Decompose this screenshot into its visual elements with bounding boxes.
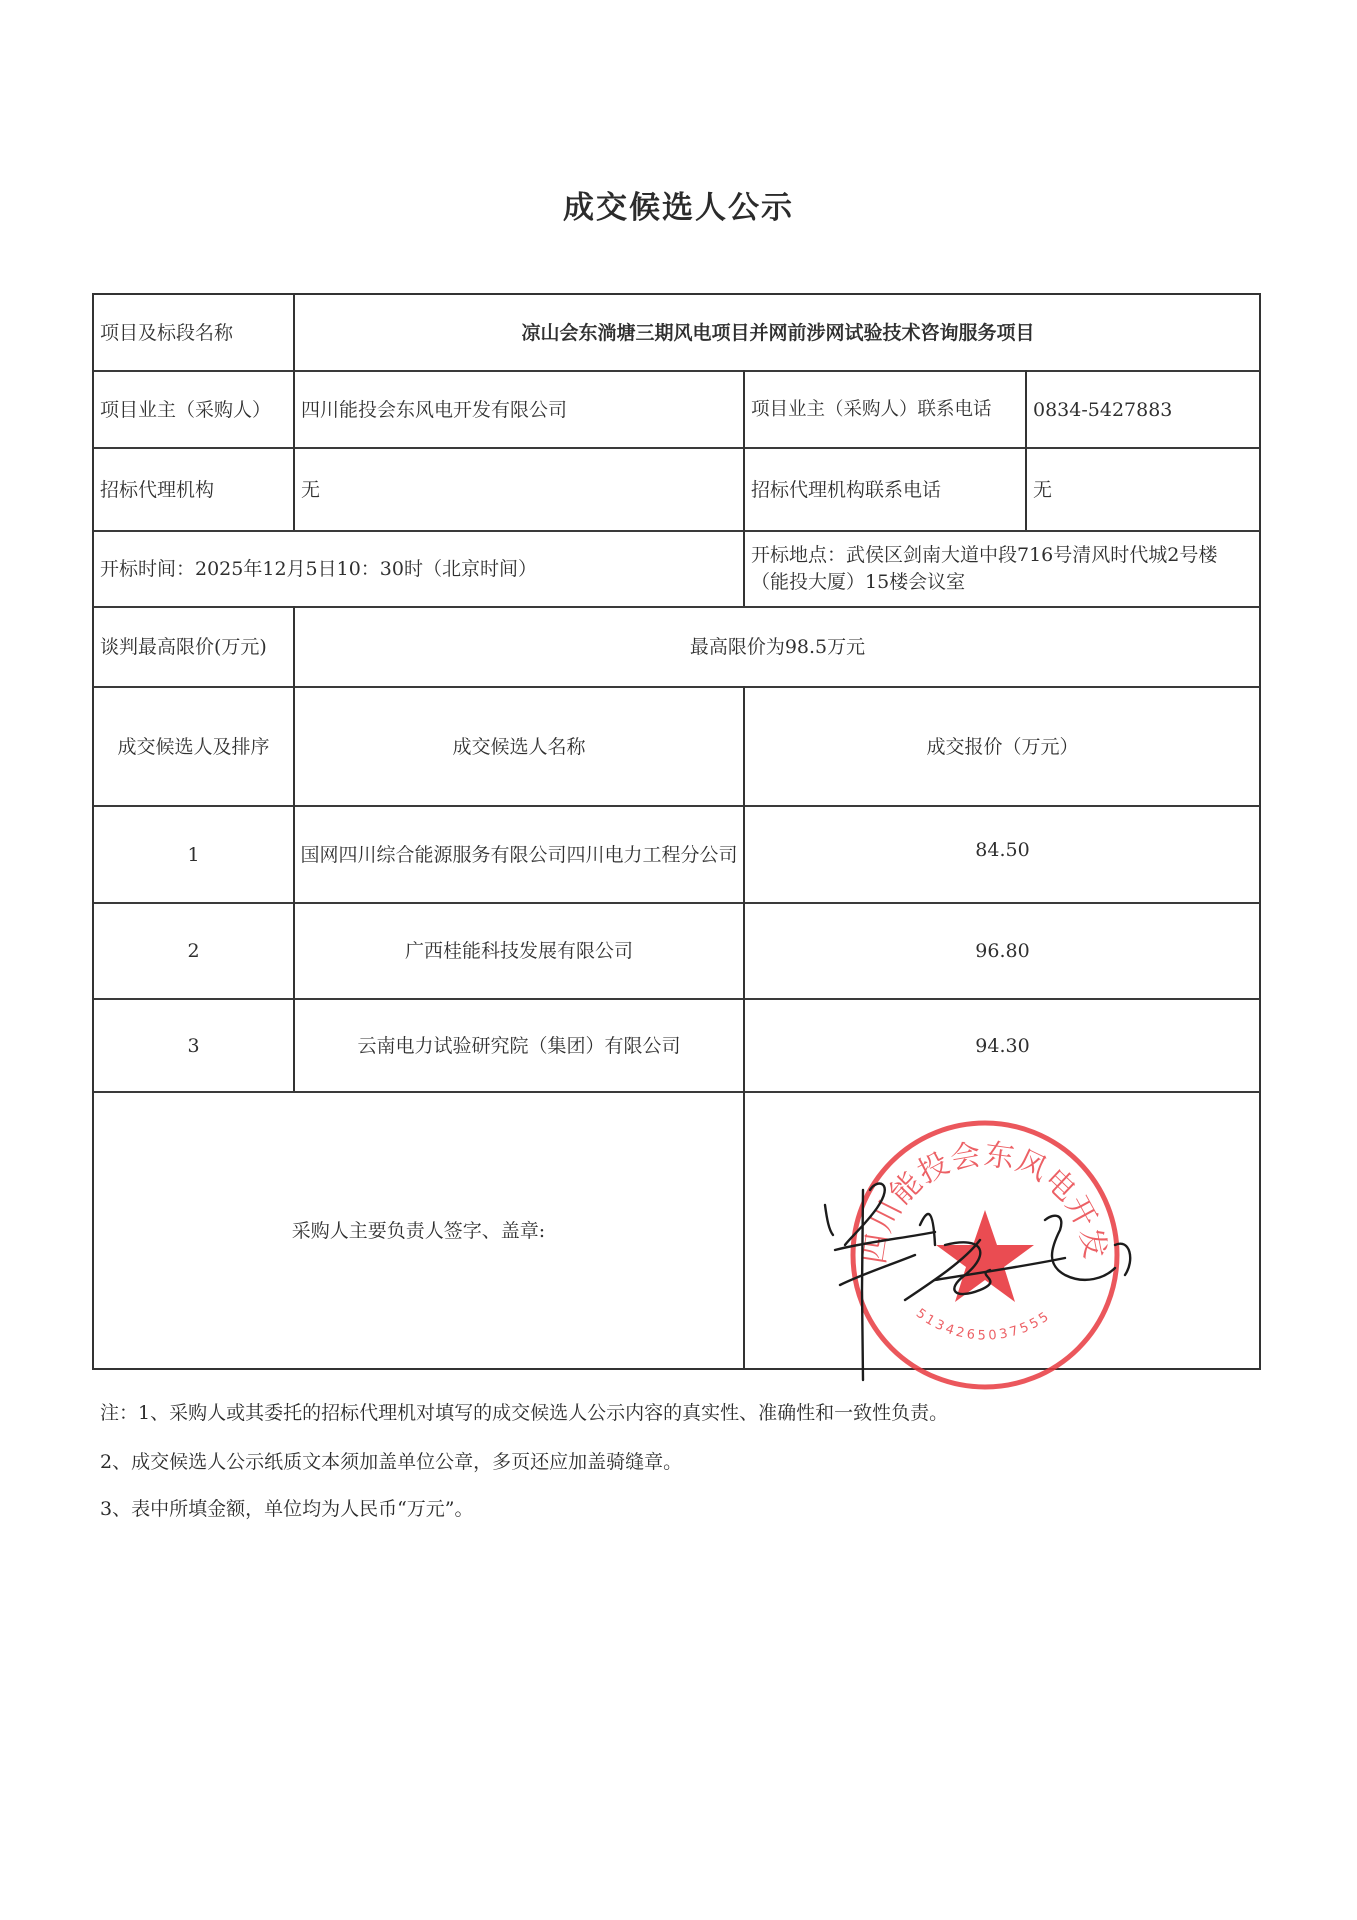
candidate-price: 96.80 [975, 937, 1029, 965]
agency-phone-label: 招标代理机构联系电话 [745, 449, 1025, 530]
candidate-price: 94.30 [975, 1032, 1029, 1060]
candidate-rank: 3 [187, 1032, 199, 1060]
candidate-name: 国网四川综合能源服务有限公司四川电力工程分公司 [300, 842, 737, 868]
owner-value: 四川能投会东风电开发有限公司 [295, 372, 743, 447]
owner-label: 项目业主（采购人） [94, 372, 293, 447]
owner-phone-label: 项目业主（采购人）联系电话 [745, 372, 1025, 447]
header-rank: 成交候选人及排序 [94, 688, 293, 805]
note-3: 3、表中所填金额，单位均为人民币“万元”。 [100, 1494, 474, 1521]
candidate-name: 云南电力试验研究院（集团）有限公司 [357, 1032, 680, 1060]
candidate-rank: 1 [187, 841, 199, 869]
note-1: 注：1、采购人或其委托的招标代理机对填写的成交候选人公示内容的真实性、准确性和一… [100, 1398, 948, 1425]
candidate-rank: 2 [187, 937, 199, 965]
candidate-name: 广西桂能科技发展有限公司 [405, 937, 633, 965]
agency-value: 无 [295, 449, 743, 530]
open-place: 开标地点：武侯区剑南大道中段716号清风时代城2号楼（能投大厦）15楼会议室 [745, 532, 1260, 606]
agency-phone-value: 无 [1027, 449, 1260, 530]
max-price-value: 最高限价为98.5万元 [295, 608, 1260, 686]
open-time: 开标时间：2025年12月5日10：30时（北京时间） [94, 532, 743, 606]
header-name: 成交候选人名称 [295, 688, 743, 805]
agency-label: 招标代理机构 [94, 449, 293, 530]
note-2: 2、成交候选人公示纸质文本须加盖单位公章，多页还应加盖骑缝章。 [100, 1447, 682, 1474]
candidate-price: 84.50 [975, 836, 1029, 864]
candidate-table: 项目及标段名称 凉山会东淌塘三期风电项目并网前涉网试验技术咨询服务项目 项目业主… [92, 293, 1261, 1370]
owner-phone-value: 0834-5427883 [1027, 372, 1260, 447]
signature-label: 采购人主要负责人签字、盖章: [94, 1093, 743, 1369]
header-price: 成交报价（万元） [745, 688, 1260, 805]
page-title: 成交候选人公示 [0, 182, 1357, 227]
max-price-label: 谈判最高限价(万元) [94, 608, 293, 686]
project-name-value: 凉山会东淌塘三期风电项目并网前涉网试验技术咨询服务项目 [295, 295, 1261, 370]
project-name-label: 项目及标段名称 [94, 295, 293, 370]
